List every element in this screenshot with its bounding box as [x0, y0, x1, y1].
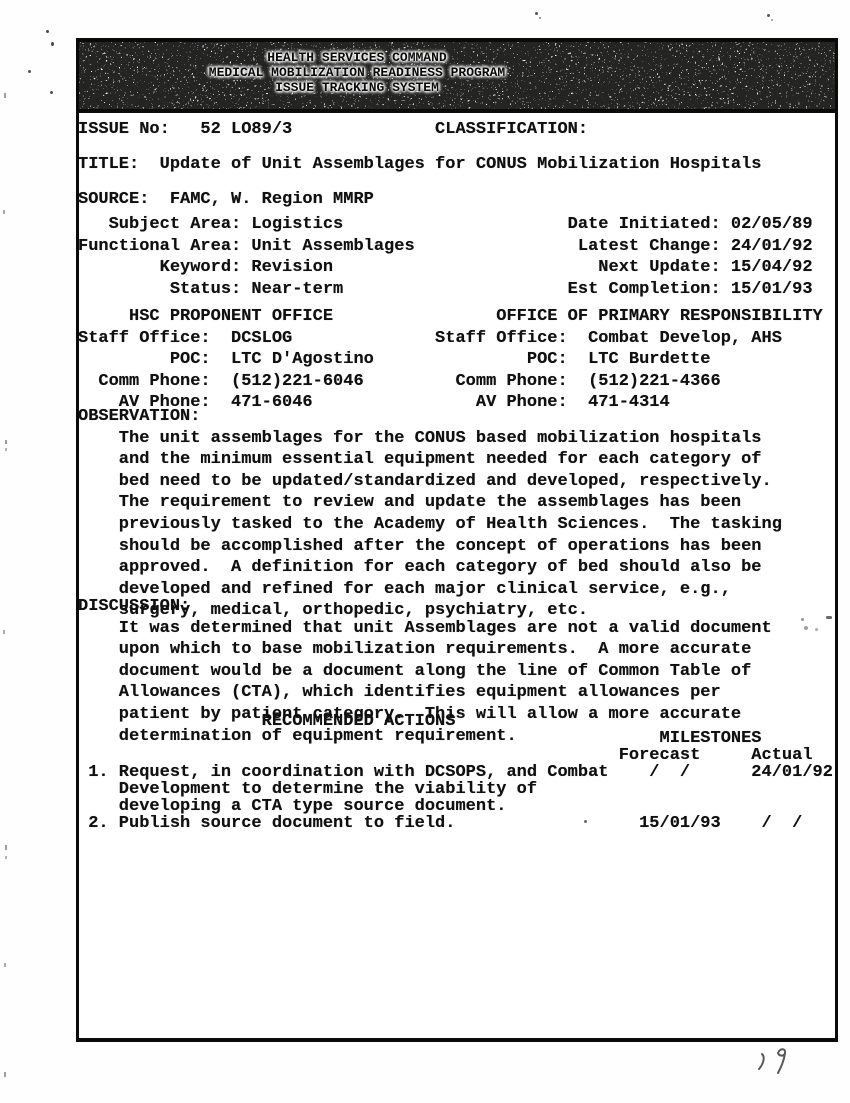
document-header-title: HEALTH SERVICES COMMAND MEDICAL MOBILIZA…	[79, 50, 635, 95]
scan-speck	[4, 1072, 6, 1077]
scan-speck	[815, 628, 818, 631]
proponent-and-responsibility-offices: HSC PROPONENT OFFICE OFFICE OF PRIMARY R…	[78, 306, 823, 414]
scan-speck	[826, 616, 832, 619]
scan-speck	[801, 618, 804, 621]
scan-speck	[3, 630, 5, 634]
scan-speck	[5, 448, 7, 451]
scanned-document-page: HEALTH SERVICES COMMAND MEDICAL MOBILIZA…	[0, 0, 850, 1103]
issue-classification-fields: ISSUE No: 52 LO89/3 CLASSIFICATION: TITL…	[78, 112, 762, 217]
scan-speck	[28, 70, 31, 73]
scan-speck	[535, 12, 538, 15]
document-header-band: HEALTH SERVICES COMMAND MEDICAL MOBILIZA…	[79, 42, 835, 113]
scan-speck	[4, 93, 6, 98]
scan-speck	[771, 19, 773, 21]
scan-speck	[539, 17, 541, 19]
subject-status-date-fields: Subject Area: Logistics Date Initiated: …	[78, 214, 813, 300]
scan-speck	[51, 42, 54, 46]
scan-speck	[3, 210, 5, 214]
handwritten-mark	[750, 1042, 802, 1084]
scan-speck	[804, 626, 808, 630]
scan-speck	[46, 30, 49, 33]
scan-speck	[767, 14, 770, 17]
recommended-actions-milestones-table: RECOMMENDED ACTIONS MILESTONES Forecast …	[78, 713, 833, 832]
scan-speck	[5, 856, 7, 859]
scan-speck	[4, 963, 6, 967]
scan-speck	[5, 440, 7, 444]
scan-speck	[50, 91, 53, 94]
scan-speck	[5, 845, 7, 850]
observation-section: OBSERVATION: The unit assemblages for th…	[78, 406, 782, 622]
scan-speck	[584, 820, 587, 823]
